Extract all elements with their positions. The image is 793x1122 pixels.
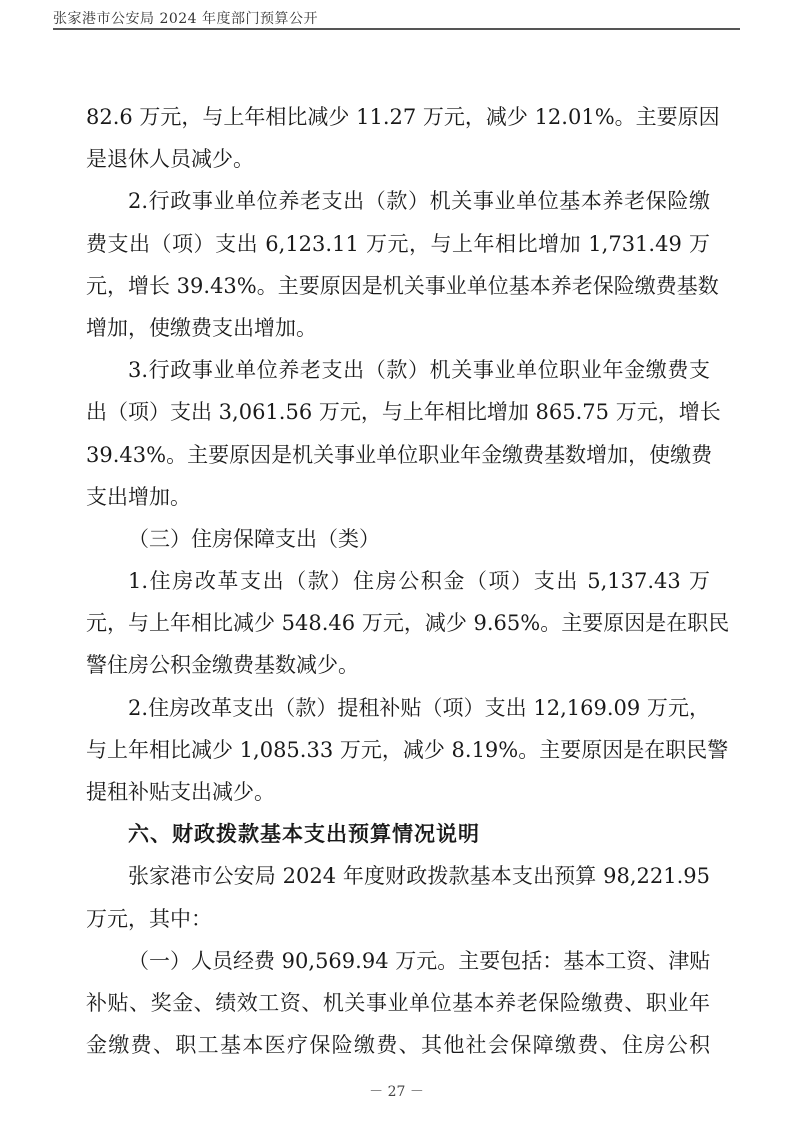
body-line: 与上年相比减少 1,085.33 万元，减少 8.19%。主要原因是在职民警 bbox=[86, 729, 710, 771]
body-line: 费支出（项）支出 6,123.11 万元，与上年相比增加 1,731.49 万 bbox=[86, 223, 710, 265]
body-line: 39.43%。主要原因是机关事业单位职业年金缴费基数增加，使缴费 bbox=[86, 434, 710, 476]
body-line: 2.行政事业单位养老支出（款）机关事业单位基本养老保险缴 bbox=[86, 180, 710, 222]
body-line: （一）人员经费 90,569.94 万元。主要包括：基本工资、津贴 bbox=[86, 940, 710, 982]
body-line: 元，与上年相比减少 548.46 万元，减少 9.65%。主要原因是在职民 bbox=[86, 602, 710, 644]
section-heading: 六、财政拨款基本支出预算情况说明 bbox=[86, 813, 710, 855]
page-number: － 27 － bbox=[0, 1081, 793, 1101]
body-line: 2.住房改革支出（款）提租补贴（项）支出 12,169.09 万元， bbox=[86, 687, 710, 729]
body-line: 支出增加。 bbox=[86, 476, 710, 518]
section-subheading: （三）住房保障支出（类） bbox=[86, 518, 710, 560]
body-line: 是退休人员减少。 bbox=[86, 138, 710, 180]
body-line: 增加，使缴费支出增加。 bbox=[86, 307, 710, 349]
document-body: 82.6 万元，与上年相比减少 11.27 万元，减少 12.01%。主要原因 … bbox=[86, 96, 710, 1066]
body-line: 警住房公积金缴费基数减少。 bbox=[86, 644, 710, 686]
body-line: 1.住房改革支出（款）住房公积金（项）支出 5,137.43 万 bbox=[86, 560, 710, 602]
body-line: 补贴、奖金、绩效工资、机关事业单位基本养老保险缴费、职业年 bbox=[86, 982, 710, 1024]
body-line: 出（项）支出 3,061.56 万元，与上年相比增加 865.75 万元，增长 bbox=[86, 391, 710, 433]
body-line: 3.行政事业单位养老支出（款）机关事业单位职业年金缴费支 bbox=[86, 349, 710, 391]
body-line: 张家港市公安局 2024 年度财政拨款基本支出预算 98,221.95 bbox=[86, 855, 710, 897]
header-divider bbox=[53, 28, 740, 30]
body-line: 82.6 万元，与上年相比减少 11.27 万元，减少 12.01%。主要原因 bbox=[86, 96, 710, 138]
body-line: 金缴费、职工基本医疗保险缴费、其他社会保障缴费、住房公积 bbox=[86, 1024, 710, 1066]
body-line: 万元，其中： bbox=[86, 898, 710, 940]
body-line: 元，增长 39.43%。主要原因是机关事业单位基本养老保险缴费基数 bbox=[86, 265, 710, 307]
body-line: 提租补贴支出减少。 bbox=[86, 771, 710, 813]
document-header-title: 张家港市公安局 2024 年度部门预算公开 bbox=[53, 8, 318, 28]
